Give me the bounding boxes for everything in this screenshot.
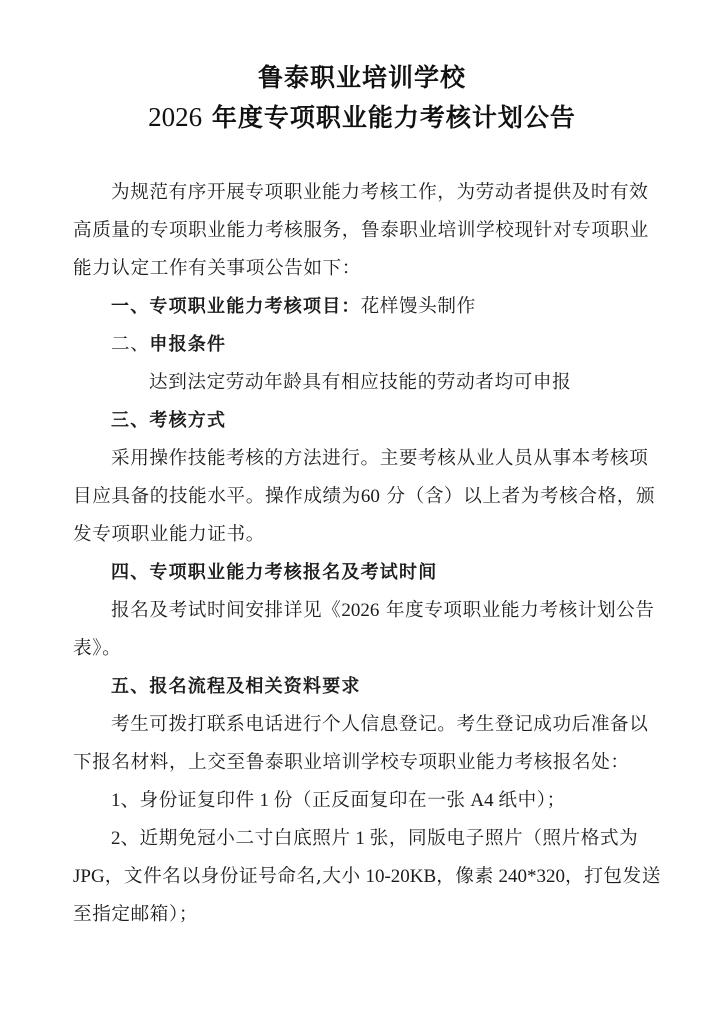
item-1-text-a: 身份证复印件 bbox=[140, 790, 255, 811]
item-2-pixels: 240*320 bbox=[494, 866, 565, 887]
item-2-text-a: 近期免冠小二寸白底照片 bbox=[140, 828, 351, 849]
section-4-year: 2026 bbox=[341, 600, 379, 621]
document-page: 鲁泰职业培训学校 2026 年度专项职业能力考核计划公告 为规范有序开展专项职业… bbox=[0, 0, 724, 1024]
title-year: 2026 bbox=[148, 102, 202, 132]
material-item-2-line-1: 2、近期免冠小二寸白底照片 1 张，同版电子照片（照片格式为 bbox=[111, 827, 701, 851]
material-item-2-line-2: JPG，文件名以身份证号命名,大小 10-20KB，像素 240*320，打包发… bbox=[73, 865, 663, 889]
section-2-prefix: 二、 bbox=[111, 334, 149, 355]
section-4-title: 专项职业能力考核报名及考试时间 bbox=[149, 562, 437, 583]
section-3-body-line-1: 采用操作技能考核的方法进行。主要考核从业人员从事本考核项 bbox=[111, 447, 701, 471]
section-4-text-a: 报名及考试时间安排详见《 bbox=[111, 600, 341, 621]
item-2-file-size: 10-20KB bbox=[361, 866, 436, 887]
section-3-body-line-2: 目应具备的技能水平。操作成绩为60 分（含）以上者为考核合格，颁 bbox=[73, 485, 663, 509]
section-4-prefix: 四、 bbox=[111, 562, 149, 583]
section-4-body-line-2: 表》。 bbox=[73, 637, 663, 661]
material-item-1: 1、身份证复印件 1 份（正反面复印在一张 A4 纸中）； bbox=[111, 789, 701, 813]
item-2-text-d: ，像素 bbox=[436, 866, 494, 887]
section-3-text-b: 分（含）以上者为考核合格，颁 bbox=[380, 486, 655, 507]
item-2-count: 1 bbox=[351, 828, 370, 849]
item-2-format: JPG bbox=[73, 866, 105, 887]
item-2-text-e: ，打包发送 bbox=[565, 866, 661, 887]
section-3-text-a: 目应具备的技能水平。操作成绩为 bbox=[73, 486, 361, 507]
section-5-body-line-2: 下报名材料，上交至鲁泰职业培训学校专项职业能力考核报名处： bbox=[73, 751, 663, 775]
section-1-title: 专项职业能力考核项目： bbox=[149, 296, 360, 317]
section-3-title: 考核方式 bbox=[149, 410, 226, 431]
material-item-2-line-3: 至指定邮箱）； bbox=[73, 903, 663, 927]
section-5-heading: 五、报名流程及相关资料要求 bbox=[111, 675, 701, 699]
section-5-prefix: 五、 bbox=[111, 676, 149, 697]
section-1-prefix: 一、 bbox=[111, 296, 149, 317]
section-3-heading: 三、考核方式 bbox=[111, 409, 701, 433]
item-1-paper-size: A4 bbox=[466, 790, 499, 811]
section-2-heading: 二、申报条件 bbox=[111, 333, 701, 357]
title-rest: 年度专项职业能力考核计划公告 bbox=[202, 103, 576, 132]
section-5-body-line-1: 考生可拨打联系电话进行个人信息登记。考生登记成功后准备以 bbox=[111, 713, 701, 737]
exam-project-value: 花样馒头制作 bbox=[361, 296, 476, 317]
item-2-text-b: 张，同版电子照片（照片格式为 bbox=[370, 828, 639, 849]
section-2-title: 申报条件 bbox=[149, 334, 226, 355]
school-name-title: 鲁泰职业培训学校 bbox=[0, 58, 724, 94]
section-3-prefix: 三、 bbox=[111, 410, 149, 431]
item-1-number: 1、 bbox=[111, 790, 140, 811]
intro-line-1: 为规范有序开展专项职业能力考核工作，为劳动者提供及时有效 bbox=[111, 181, 701, 205]
section-5-title: 报名流程及相关资料要求 bbox=[149, 676, 360, 697]
item-2-number: 2、 bbox=[111, 828, 140, 849]
item-2-text-c: ，文件名以身份证号命名,大小 bbox=[105, 866, 361, 887]
section-4-body-line-1: 报名及考试时间安排详见《2026 年度专项职业能力考核计划公告 bbox=[111, 599, 701, 623]
item-1-text-b: 份（正反面复印在一张 bbox=[274, 790, 466, 811]
section-4-heading: 四、专项职业能力考核报名及考试时间 bbox=[111, 561, 701, 585]
announcement-title: 2026 年度专项职业能力考核计划公告 bbox=[0, 98, 724, 134]
item-1-text-c: 纸中）； bbox=[498, 790, 565, 811]
pass-score: 60 bbox=[361, 486, 380, 507]
intro-line-2: 高质量的专项职业能力考核服务，鲁泰职业培训学校现针对专项职业 bbox=[73, 219, 663, 243]
section-2-body: 达到法定劳动年龄具有相应技能的劳动者均可申报 bbox=[149, 371, 724, 395]
section-4-text-b: 年度专项职业能力考核计划公告 bbox=[379, 600, 654, 621]
section-1-heading: 一、专项职业能力考核项目：花样馒头制作 bbox=[111, 295, 701, 319]
item-1-count: 1 bbox=[255, 790, 274, 811]
section-3-body-line-3: 发专项职业能力证书。 bbox=[73, 523, 663, 547]
intro-line-3: 能力认定工作有关事项公告如下： bbox=[73, 257, 663, 281]
